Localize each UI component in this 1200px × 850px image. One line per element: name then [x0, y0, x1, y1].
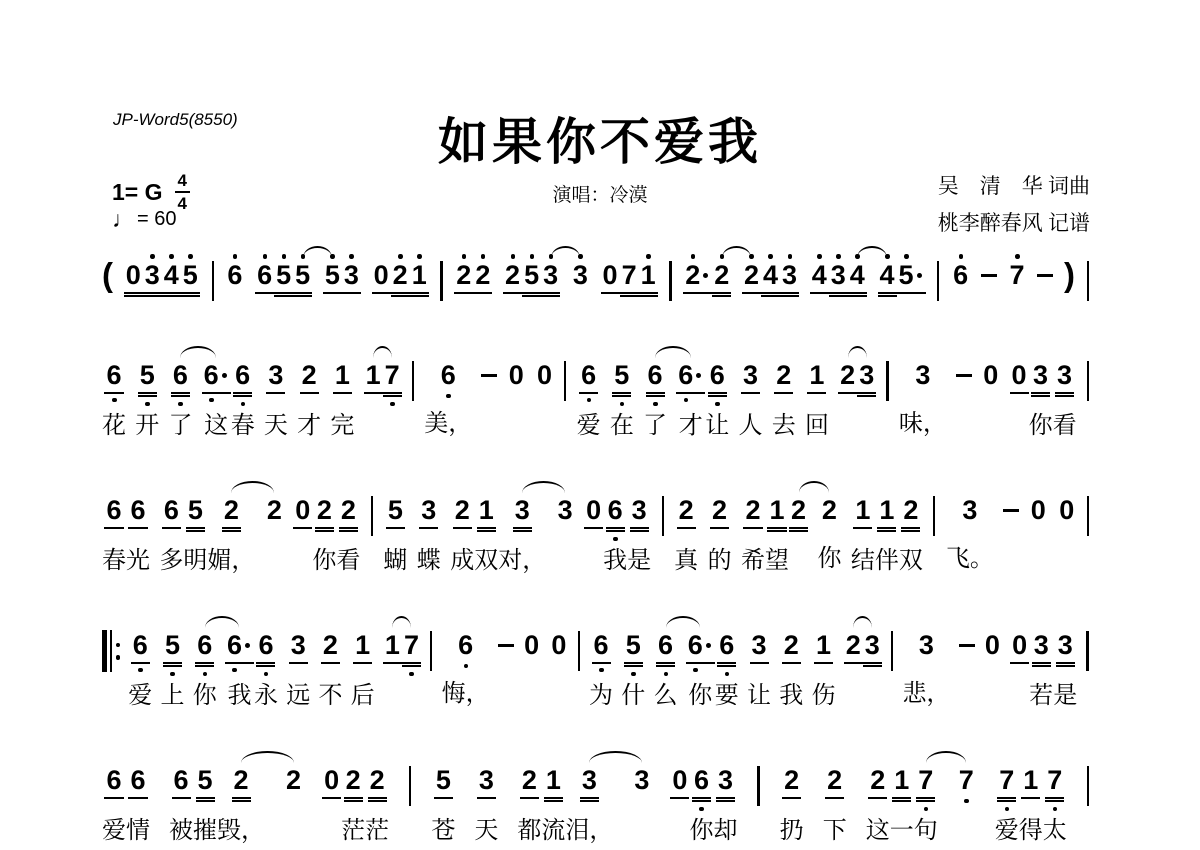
note-digit: 1 — [364, 362, 383, 394]
note-digit: 2 — [315, 497, 334, 529]
note: 2双 — [899, 497, 923, 576]
note: 7 — [383, 362, 402, 394]
note-digit: 2 — [232, 767, 251, 799]
beam-group: 22 — [454, 262, 492, 294]
note-digit: 5 — [138, 362, 157, 394]
lyric-char: 伤 — [811, 682, 835, 711]
beam-group: 03若3是 — [1010, 632, 1077, 711]
note-digit: 6 — [951, 262, 970, 292]
lyric-char: 这 — [204, 412, 228, 441]
note: 2这 — [866, 767, 890, 846]
beam-group — [439, 262, 443, 301]
note: 7太 — [1043, 767, 1067, 846]
dash-note — [959, 632, 975, 647]
note: 0 — [981, 362, 1000, 392]
note: 6爱 — [577, 362, 601, 441]
note: 0 — [549, 632, 568, 662]
note: 7句 — [914, 767, 938, 846]
slur-arc — [926, 751, 967, 763]
beam-group — [1086, 262, 1090, 301]
beam-group — [577, 632, 581, 671]
beam-group: 22 — [683, 262, 731, 294]
note: 3人 — [739, 362, 763, 441]
slur-arc — [655, 346, 691, 358]
lyric-char: 你 — [688, 682, 712, 711]
note-digit: 2 — [473, 262, 492, 294]
note-digit: 1 — [544, 767, 563, 799]
lyric-char: 在 — [610, 412, 634, 441]
note-digit: 1 — [383, 632, 402, 664]
note-digit: 5 — [323, 262, 342, 294]
note-digit: 3 — [863, 632, 882, 664]
dash-note — [956, 362, 972, 377]
lyric-char: 为 — [589, 682, 613, 711]
note-digit: 7 — [1045, 767, 1064, 799]
note-digit: 5 — [196, 767, 215, 799]
barline — [440, 261, 442, 301]
music-line-1: (0345665553021222533071222434344567) — [102, 262, 1090, 301]
note: 6你 — [193, 632, 217, 711]
note: 2 — [284, 767, 303, 797]
lyric-char: 是 — [627, 547, 651, 576]
barline — [933, 496, 935, 536]
note-digit: 5 — [274, 262, 293, 294]
lyric-char: 流 — [541, 817, 565, 846]
lyric-char: 成 — [450, 547, 474, 576]
beam-group: 7 — [957, 767, 976, 797]
beam-group: 6多5明2媚， — [159, 497, 255, 576]
note: 2 — [789, 497, 808, 529]
beam-group — [1003, 497, 1019, 512]
beam-group: 6才6让 — [676, 362, 729, 441]
beam-group: 5上 — [160, 632, 184, 711]
beam-group: 3飞。 — [946, 497, 994, 574]
barline — [371, 496, 373, 536]
note-digit: 6 — [128, 497, 147, 529]
lyric-char: 你 — [193, 682, 217, 711]
beam-group: 2你 — [817, 497, 841, 574]
note: 3 — [571, 262, 590, 292]
lyric-char: 什 — [621, 682, 645, 711]
beam-group: 45 — [878, 262, 926, 294]
beam-group: 2都1流3泪， — [517, 767, 613, 846]
note-digit: 6 — [171, 362, 190, 394]
lyric-char: 飞。 — [946, 545, 994, 574]
note-digit: 3 — [829, 262, 848, 294]
note: 3却 — [713, 767, 737, 846]
note: 6你 — [686, 632, 715, 711]
note: 3味， — [899, 362, 947, 439]
beam-group: 17 — [364, 362, 402, 394]
beam-group: 0 — [507, 362, 526, 392]
lyric-char: 结 — [851, 547, 875, 576]
note: 6为 — [589, 632, 613, 711]
dash-note — [1037, 262, 1053, 277]
note: 3 — [632, 767, 651, 797]
note-digit: 6 — [225, 262, 244, 292]
note-digit: 2 — [265, 497, 284, 527]
note-digit: 4 — [878, 262, 897, 294]
note: 3远 — [286, 632, 310, 711]
lyric-char: 双 — [474, 547, 498, 576]
note-digit: 6 — [233, 362, 252, 394]
note-digit: 2 — [321, 632, 340, 664]
lyric-char: 完 — [330, 412, 354, 441]
beam-group: 6花 — [102, 362, 126, 441]
note: 5明 — [183, 497, 207, 576]
lyric-char: 了 — [643, 412, 667, 441]
beam-group: 2希1望2 — [741, 497, 808, 576]
note-digit: 0 — [293, 497, 312, 529]
note-digit: 5 — [612, 362, 631, 394]
slur-arc — [589, 751, 642, 763]
note: 3你 — [1029, 362, 1053, 441]
note: 5开 — [135, 362, 159, 441]
note: 3是 — [627, 497, 651, 576]
beam-group: 2不 — [318, 632, 342, 711]
note-digit: 3 — [1056, 632, 1075, 664]
beam-group: 6爱 — [128, 632, 152, 711]
note-digit: 6 — [202, 362, 231, 394]
note-digit: 0 — [1029, 497, 1048, 527]
beam-group: 06我3是 — [584, 497, 651, 576]
dash-note — [481, 362, 497, 377]
note: 0 — [507, 362, 526, 392]
beam-group: 021 — [372, 262, 429, 294]
note: 1伴 — [875, 497, 899, 576]
note-digit: 3 — [477, 767, 496, 799]
note: 6美， — [424, 362, 472, 439]
beam-group: 0 — [1057, 497, 1076, 527]
note-digit: 2 — [503, 262, 522, 294]
slur-arc — [522, 481, 565, 493]
lyric-char: 开 — [135, 412, 159, 441]
beam-group: 5在 — [610, 362, 634, 441]
note-digit: 1 — [1021, 767, 1040, 799]
note-digit: 6 — [579, 362, 598, 394]
note-digit: 6 — [656, 632, 675, 664]
beam-group: 6么 — [654, 632, 678, 711]
note: 5上 — [160, 632, 184, 711]
beam-group: 6了 — [643, 362, 667, 441]
note: 3泪， — [565, 767, 613, 846]
beam-group: 5什 — [621, 632, 645, 711]
beam-group: 0345 — [124, 262, 200, 294]
note-digit: 2 — [868, 767, 887, 799]
note: 6光 — [126, 497, 150, 576]
note: 6了 — [168, 362, 192, 441]
note-digit: 4 — [848, 262, 867, 294]
score: (0345665553021222533071222434344567)6花5开… — [102, 0, 1090, 850]
beam-group — [1086, 767, 1090, 806]
note-digit: 1 — [639, 262, 658, 294]
note-digit: 3 — [780, 262, 799, 294]
beam-group — [1037, 262, 1053, 277]
note: 2 — [844, 632, 863, 664]
note-digit: 2 — [710, 497, 729, 529]
note: 1后 — [351, 632, 375, 711]
lyric-char: 味， — [899, 410, 947, 439]
note: 1得 — [1019, 767, 1043, 846]
beam-group: 2 — [265, 497, 284, 527]
note-digit: 1 — [807, 362, 826, 394]
note-digit: 2 — [454, 262, 473, 294]
note: 3 — [863, 632, 882, 664]
beam-group: 0 — [981, 362, 1000, 392]
note: 1完 — [330, 362, 354, 441]
note: 1 — [364, 362, 383, 394]
lyric-char: 看 — [1053, 412, 1077, 441]
lyric-char: 对， — [498, 547, 546, 576]
note-digit: 6 — [128, 767, 147, 799]
note-digit: 7 — [916, 767, 935, 799]
beam-group: 3天 — [264, 362, 288, 441]
note: 2你 — [817, 497, 841, 574]
note-digit: 1 — [767, 497, 786, 529]
note-digit: 0 — [983, 632, 1002, 662]
note: 6我 — [603, 497, 627, 576]
beam-group: 5开 — [135, 362, 159, 441]
note: 2毁， — [217, 767, 265, 846]
lyric-char: 你 — [817, 545, 841, 574]
note-digit: 2 — [742, 262, 761, 294]
lyric-char: 泪， — [565, 817, 613, 846]
note-digit: 3 — [541, 262, 560, 294]
dot-of-prolongation — [700, 262, 710, 289]
note-digit: 6 — [256, 632, 275, 664]
lyric-char: 天 — [474, 817, 498, 846]
slur-arc — [551, 246, 581, 258]
note-digit: 6 — [708, 362, 727, 394]
note: 6悔， — [442, 632, 490, 709]
note: 1望 — [765, 497, 789, 576]
slur-arc — [373, 346, 392, 358]
note-digit: 6 — [104, 767, 123, 799]
beam-group: 3蝶 — [417, 497, 441, 576]
note: 2媚， — [207, 497, 255, 576]
slur-arc — [848, 346, 867, 358]
note: 6永 — [254, 632, 278, 711]
beam-group: 1完 — [330, 362, 354, 441]
lyric-char: 爱 — [102, 817, 126, 846]
beam-group: 6爱6情 — [102, 767, 150, 846]
note: 6要 — [715, 632, 739, 711]
note: 6这 — [202, 362, 231, 441]
note-digit: 5 — [293, 262, 312, 294]
note-digit: 5 — [897, 262, 926, 294]
note-digit: 2 — [344, 767, 363, 799]
note-digit: 2 — [391, 262, 410, 294]
beam-group: 06你3却 — [670, 767, 737, 846]
barline — [578, 631, 580, 671]
lyric-char: 一 — [890, 817, 914, 846]
beam-group: 3远 — [286, 632, 310, 711]
barline — [937, 261, 939, 301]
lyric-char: 下 — [823, 817, 847, 846]
note: 3让 — [747, 632, 771, 711]
beam-group: 02你2看 — [293, 497, 360, 576]
note-digit: 0 — [601, 262, 620, 294]
note-digit: 0 — [535, 362, 554, 392]
beam-group: 253 — [503, 262, 560, 294]
lyric-char: 蝴 — [383, 547, 407, 576]
beam-group: 0 — [535, 362, 554, 392]
note: 3 — [857, 362, 876, 394]
note-digit: 2 — [284, 767, 303, 797]
music-line-5: 6爱6情6被5摧2毁，202茫2茫5苍3天2都1流3泪，306你3却2扔2下2这… — [102, 767, 1090, 846]
beam-group: 03你3看 — [1010, 362, 1077, 441]
note-digit: 2 — [677, 497, 696, 529]
note-digit: 2 — [825, 767, 844, 799]
note: 2去 — [772, 362, 796, 441]
barline — [1087, 766, 1089, 806]
barline — [412, 361, 414, 401]
beam-group — [408, 767, 412, 806]
lyric-char: 才 — [679, 412, 703, 441]
beam-group: 02茫2茫 — [322, 767, 389, 846]
note-digit: 6 — [717, 632, 736, 664]
lyric-char: 永 — [254, 682, 278, 711]
note-digit: 3 — [917, 632, 936, 662]
note: 5 — [274, 262, 293, 294]
note: 0 — [1057, 497, 1076, 527]
slur-arc — [205, 616, 240, 628]
note: 5摧 — [193, 767, 217, 846]
note: 7 — [957, 767, 976, 797]
note: 0 — [124, 262, 143, 294]
barline — [662, 496, 664, 536]
note: 6春 — [231, 362, 255, 441]
note-digit: 0 — [1057, 497, 1076, 527]
note-digit: 5 — [624, 632, 643, 664]
note-digit: 5 — [181, 262, 200, 294]
note: 0 — [372, 262, 391, 294]
beam-group — [936, 262, 940, 301]
note-digit: 3 — [143, 262, 162, 294]
note: 7 — [402, 632, 421, 664]
note: 3飞。 — [946, 497, 994, 574]
note-digit: 3 — [342, 262, 361, 294]
note: 6情 — [126, 767, 150, 846]
beam-group — [411, 362, 415, 401]
note: 5在 — [610, 362, 634, 441]
dot-of-prolongation — [914, 262, 924, 289]
note-digit: 0 — [981, 362, 1000, 392]
dot-of-prolongation — [703, 632, 713, 659]
beam-group: 2的 — [708, 497, 732, 576]
note: 6 — [225, 262, 244, 292]
note-digit: 3 — [913, 362, 932, 392]
note: 6我 — [225, 632, 254, 711]
beam-group — [1086, 497, 1090, 536]
note-digit: 5 — [163, 632, 182, 664]
note-digit: 6 — [162, 497, 181, 529]
note-digit: 5 — [386, 497, 405, 529]
note: 6 — [951, 262, 970, 292]
note-digit: 1 — [892, 767, 911, 799]
note-digit: 0 — [507, 362, 526, 392]
beam-group — [370, 497, 374, 536]
beam-group: 2下 — [823, 767, 847, 846]
beam-group: 1结1伴2双 — [851, 497, 923, 576]
note-digit: 0 — [670, 767, 689, 799]
barline — [1087, 496, 1089, 536]
note: 3天 — [474, 767, 498, 846]
beam-group: ) — [1064, 262, 1075, 290]
note-digit: 0 — [522, 632, 541, 662]
beam-group: 3天 — [474, 767, 498, 846]
lyric-char: 去 — [772, 412, 796, 441]
lyric-char: 春 — [102, 547, 126, 576]
dot-of-prolongation — [693, 362, 703, 389]
note: 0 — [322, 767, 341, 799]
barline — [1087, 361, 1089, 401]
note: 6春 — [102, 497, 126, 576]
beam-group: 0 — [1029, 497, 1048, 527]
note-digit: 4 — [761, 262, 780, 294]
note: 5 — [897, 262, 926, 294]
dot-of-prolongation — [219, 362, 229, 389]
beam-group: 2扔 — [780, 767, 804, 846]
beam-group — [956, 362, 972, 377]
lyric-char: 明 — [183, 547, 207, 576]
note-digit: 2 — [339, 497, 358, 529]
note-digit: 6 — [456, 632, 475, 662]
beam-group: 2我 — [779, 632, 803, 711]
note: 2真 — [674, 497, 698, 576]
note: 0 — [601, 262, 620, 294]
note-digit: 7 — [997, 767, 1016, 799]
note-digit: 3 — [630, 497, 649, 529]
beam-group: 1回 — [805, 362, 829, 441]
beam-group: 655 — [255, 262, 312, 294]
note: 2 — [712, 262, 731, 294]
beam-group: 243 — [742, 262, 799, 294]
note: 6 — [255, 262, 274, 294]
beam-group: 2去 — [772, 362, 796, 441]
note-digit: 3 — [571, 262, 590, 292]
lyric-char: 毁， — [217, 817, 265, 846]
note: 1流 — [541, 767, 565, 846]
beam-group: 17 — [383, 632, 421, 664]
lyric-char: 太 — [1043, 817, 1067, 846]
lyric-char: 我 — [779, 682, 803, 711]
note: 2不 — [318, 632, 342, 711]
note-digit: 3 — [580, 767, 599, 799]
note-digit: 3 — [750, 632, 769, 664]
beam-group: 53 — [323, 262, 361, 294]
note: 3悲， — [902, 632, 950, 709]
lyric-char: 你 — [312, 547, 336, 576]
lyric-char: 人 — [739, 412, 763, 441]
note: 3 — [541, 262, 560, 294]
note-digit: 3 — [1055, 362, 1074, 394]
lyric-char: 望 — [765, 547, 789, 576]
beam-group — [890, 632, 894, 671]
lyric-char: 茫 — [365, 817, 389, 846]
note: 4 — [810, 262, 829, 294]
beam-group — [661, 497, 665, 536]
lyric-char: 爱 — [995, 817, 1019, 846]
lyric-char: 媚， — [207, 547, 255, 576]
lyric-char: 春 — [231, 412, 255, 441]
note: 6花 — [102, 362, 126, 441]
note-digit: 2 — [820, 497, 839, 527]
barline — [212, 261, 214, 301]
note: 7 — [620, 262, 639, 294]
note-digit: 6 — [225, 632, 254, 664]
lyric-char: 这 — [866, 817, 890, 846]
